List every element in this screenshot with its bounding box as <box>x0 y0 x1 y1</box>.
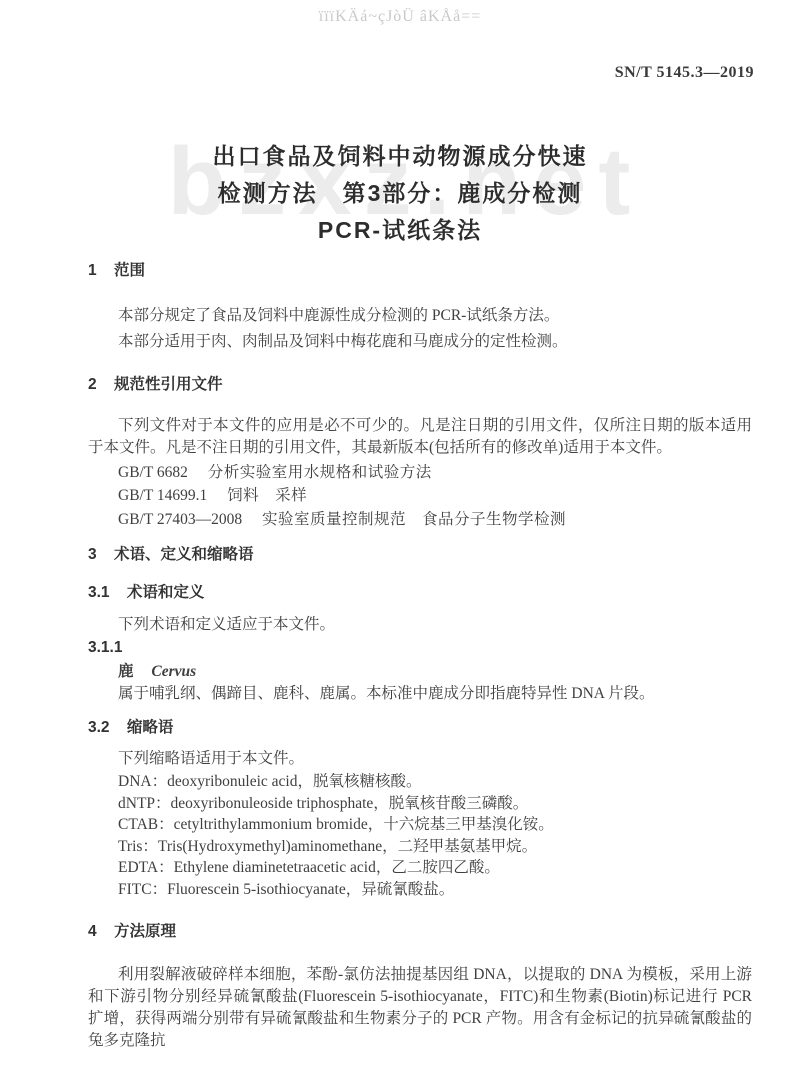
section-title: 缩略语 <box>127 719 174 736</box>
abbr-intro-paragraph: 下列缩略语适用于本文件。 <box>88 748 752 770</box>
section-title: 规范性引用文件 <box>114 376 223 393</box>
abbreviation-item: FITC：Fluorescein 5-isothiocyanate，异硫氰酸盐。 <box>88 879 752 901</box>
section-title: 术语、定义和缩略语 <box>114 546 254 563</box>
page-number: 1 <box>668 1010 676 1027</box>
section-number: 3.1 <box>88 584 110 601</box>
terms-intro-paragraph: 下列术语和定义适应于本文件。 <box>88 614 752 636</box>
section-3-heading: 3 术语、定义和缩略语 <box>88 545 752 565</box>
reference-code: GB/T 6682 <box>118 464 188 481</box>
section-number: 3.2 <box>88 719 110 736</box>
doc-title-line-2: 检测方法 第3部分：鹿成分检测 <box>0 175 800 212</box>
reference-name: 饲料 采样 <box>227 487 307 504</box>
section-number: 3 <box>88 546 97 563</box>
section-4-heading: 4 方法原理 <box>88 922 752 942</box>
abbreviation-item: dNTP：deoxyribonuleoside triphosphate，脱氧核… <box>88 793 752 815</box>
section-2-heading: 2 规范性引用文件 <box>88 375 752 395</box>
abbreviation-item: CTAB：cetyltrithylammonium bromide，十六烷基三甲… <box>88 814 752 836</box>
section-title: 术语和定义 <box>127 584 205 601</box>
section-number: 4 <box>88 923 97 940</box>
scope-paragraph-2: 本部分适用于肉、肉制品及饲料中梅花鹿和马鹿成分的定性检测。 <box>88 331 752 353</box>
section-3-2-heading: 3.2 缩略语 <box>88 718 752 738</box>
reference-code: GB/T 14699.1 <box>118 487 207 504</box>
term-definition: 属于哺乳纲、偶蹄目、鹿科、鹿属。本标准中鹿成分即指鹿特异性 DNA 片段。 <box>88 683 752 705</box>
reference-item: GB/T 6682 分析实验室用水规格和试验方法 <box>88 461 752 484</box>
document-title: bzxz.net 出口食品及饲料中动物源成分快速 检测方法 第3部分：鹿成分检测… <box>0 138 800 249</box>
document-page: ïïïKÄá~çJòÜ âKÅå== SN/T 5145.3—2019 bzxz… <box>0 0 800 1090</box>
reference-code: GB/T 27403—2008 <box>118 511 242 528</box>
section-1-heading: 1 范围 <box>88 261 752 281</box>
section-number: 2 <box>88 376 97 393</box>
section-3-1-heading: 3.1 术语和定义 <box>88 583 752 603</box>
abbreviation-item: Tris：Tris(Hydroxymethyl)aminomethane，二羟甲… <box>88 836 752 858</box>
term-line: 鹿 Cervus <box>88 661 752 683</box>
abbreviation-item: EDTA：Ethylene diaminetetraacetic acid，乙二… <box>88 857 752 879</box>
reference-name: 实验室质量控制规范 食品分子生物学检测 <box>262 511 566 528</box>
scope-paragraph-1: 本部分规定了食品及饲料中鹿源性成分检测的 PCR-试纸条方法。 <box>88 305 752 327</box>
section-title: 范围 <box>114 262 145 279</box>
doc-title-line-1: 出口食品及饲料中动物源成分快速 <box>0 138 800 175</box>
term-chinese: 鹿 <box>118 663 134 680</box>
doc-title-line-3: PCR-试纸条法 <box>0 212 800 249</box>
term-latin: Cervus <box>151 663 196 680</box>
section-number: 1 <box>88 262 97 279</box>
clause-3-1-1-number: 3.1.1 <box>88 638 752 658</box>
reference-name: 分析实验室用水规格和试验方法 <box>208 464 432 481</box>
section-title: 方法原理 <box>114 923 176 940</box>
document-body: 1 范围 本部分规定了食品及饲料中鹿源性成分检测的 PCR-试纸条方法。 本部分… <box>88 255 752 1052</box>
standard-number: SN/T 5145.3—2019 <box>615 64 754 82</box>
reference-item: GB/T 27403—2008 实验室质量控制规范 食品分子生物学检测 <box>88 508 752 531</box>
normative-refs-paragraph: 下列文件对于本文件的应用是必不可少的。凡是注日期的引用文件，仅所注日期的版本适用… <box>88 415 752 459</box>
principle-paragraph: 利用裂解液破碎样本细胞，苯酚-氯仿法抽提基因组 DNA，以提取的 DNA 为模板… <box>88 964 752 1052</box>
reference-item: GB/T 14699.1 饲料 采样 <box>88 484 752 507</box>
scan-artifact-text: ïïïKÄá~çJòÜ âKÅå== <box>0 8 800 26</box>
abbreviation-item: DNA：deoxyribonuleic acid，脱氧核糖核酸。 <box>88 771 752 793</box>
